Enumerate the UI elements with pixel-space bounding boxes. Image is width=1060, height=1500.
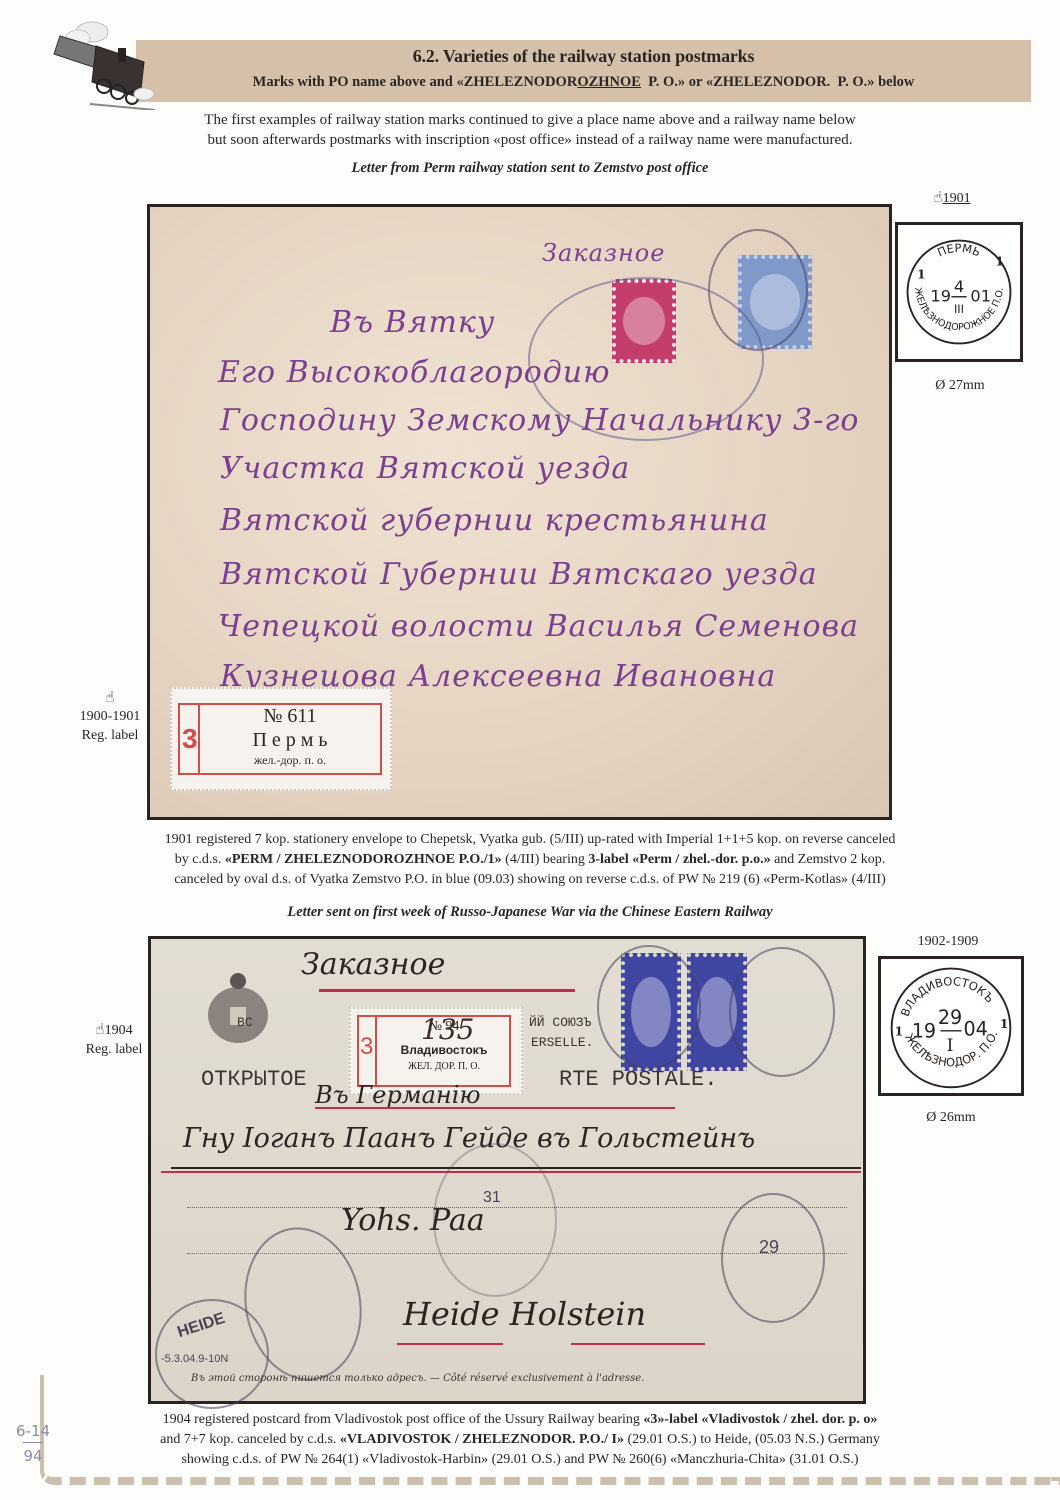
caption-bold: «3»-label «Vladivostok / zhel. dor. p. o… [643,1412,877,1427]
address-line: Вятской губернии крестьянина [220,503,769,538]
underline-red [571,1343,705,1345]
vladivostok-cds-cancel-2 [729,947,835,1077]
postmark-year-note-1: ☝1901 [912,188,992,208]
reg-label-year: 1904 [105,1023,133,1038]
postmark-drawing-vladivostok: ВЛАДИВОСТОКЪ ЖЕЛѢЗНОДОР. П.О. 1 1 19 04 … [878,956,1024,1096]
svg-text:04: 04 [963,1018,987,1041]
svg-text:29: 29 [938,1006,962,1029]
svg-text:I: I [947,1036,954,1056]
underline-red [397,1343,503,1345]
item1-caption: 1901 registered 7 kop. stationery envelo… [80,830,980,890]
postmark-diameter-1: Ø 27mm [905,378,1015,394]
imperial-eagle-icon [203,967,273,1057]
svg-text:1: 1 [1000,1016,1009,1031]
svg-text:1: 1 [917,267,926,282]
caption-line-3: showing c.d.s. of PW № 264(1) «Vladivost… [60,1450,980,1470]
envelope-perm: Заказное Въ Вятку Его Высокоблагородию Г… [147,204,892,820]
side-note-reg-label-1: ☝ 1900-1901 Reg. label [70,688,150,745]
postcard-vladivostok: Заказное ВС ЙЙ СОЮЗЪ ERSELLE. ОТКРЫТОЕ R… [148,936,866,1404]
reg-label-years: 1900-1901 [70,707,150,726]
pencil-page-number: 6-14 94 [16,1420,50,1467]
label-overwrite: 135 [421,1013,474,1046]
vlad-cancel-day: 29 [759,1237,779,1258]
pointing-hand-icon: ☝ [95,1020,104,1038]
caption-bold: «PERM / ZHELEZNODOROZHNOE P.O./1» [225,852,502,867]
svg-text:19: 19 [930,287,951,306]
svg-text:4: 4 [954,277,964,296]
intro-line-1: The first examples of railway station ma… [130,110,930,130]
transit-cancel-day: 31 [483,1189,501,1207]
postmark-years-note-2: 1902-1909 [893,932,1003,951]
postmark-diameter-2: Ø 26mm [896,1110,1006,1126]
handwriting-city: Heide Holstein [403,1295,646,1333]
label-office: ЖЕЛ. ДОР. П. О. [379,1061,509,1072]
address-line: Его Высокоблагородию [218,355,611,390]
address-line: Чепецкой волости Василья Семенова [218,609,859,644]
label-city: Владивостокъ [379,1043,509,1057]
printed-union-left: ВС [237,1015,253,1030]
caption-text: and Zemstvo 2 kop. [771,852,886,867]
label-numeral: 3 [182,723,198,755]
handwriting-to-country: Въ Германію [315,1081,481,1109]
item2-section-title: Letter sent on first week of Russo-Japan… [80,904,980,921]
pointing-hand-icon: ☝ [70,688,150,707]
reg-label-caption: Reg. label [70,726,150,745]
vladivostok-postmark-illustration: ВЛАДИВОСТОКЪ ЖЕЛѢЗНОДОР. П.О. 1 1 19 04 … [881,959,1021,1093]
caption-text: (4/III) bearing [502,852,589,867]
registration-label-perm: 3 № 611 П е р м ь жел.-дор. п. о. [170,687,392,791]
item2-caption: 1904 registered postcard from Vladivosto… [60,1410,980,1470]
caption-line-3: canceled by oval d.s. of Vyatka Zemstvo … [80,870,980,890]
svg-text:01: 01 [970,287,991,306]
printed-union-right: ЙЙ СОЮЗЪ [529,1015,591,1030]
caption-line-2: and 7+7 kop. canceled by c.d.s. «VLADIVO… [60,1430,980,1450]
subtitle-underlined: OZHNOE [577,74,641,90]
address-line: Въ Вятку [330,305,495,340]
underline-red [319,989,575,992]
address-line: Вятской Губернии Вятскаго уезда [220,557,818,592]
label-office: жел.-дор. п. о. [202,753,378,768]
heide-cancel-town: HEIDE [175,1310,227,1342]
caption-text: and 7+7 kop. canceled by c.d.s. [160,1432,340,1447]
postmark-year: 1901 [943,191,971,206]
pencil-number-bottom: 94 [23,1442,42,1467]
vladivostok-cds-cancel-3: 29 [721,1193,825,1323]
caption-text: (29.01 O.S.) to Heide, (05.03 N.S.) Germ… [624,1432,880,1447]
page-title: 6.2. Varieties of the railway station po… [136,46,1031,67]
postmark-drawing-perm: ПЕРМЬ ЖЕЛѢЗНОДОРОЖНОЕ П.О. 1 1 19 01 4 I… [895,222,1023,362]
intro-line-2: but soon afterwards postmarks with inscr… [130,130,930,150]
caption-line-1: 1901 registered 7 kop. stationery envelo… [80,830,980,850]
label-city: П е р м ь [202,729,378,752]
item1-section-title: Letter from Perm railway station sent to… [80,160,980,177]
address-line: Участка Вятской уезда [220,451,630,486]
caption-text: 1904 registered postcard from Vladivosto… [163,1412,644,1427]
subtitle-prefix: Marks with PO name above and «ZHELEZNODO… [253,74,578,90]
side-note-reg-label-2: ☝1904 Reg. label [74,1020,154,1059]
subtitle-suffix: P. O.» or «ZHELEZNODOR. P. O.» below [641,74,914,90]
intro-text: The first examples of railway station ma… [130,110,930,150]
handwriting-registered: Заказное [301,947,445,982]
label-numeral: 3 [360,1033,373,1061]
caption-line-1: 1904 registered postcard from Vladivosto… [60,1410,980,1430]
caption-bold: 3-label «Perm / zhel.-dor. p.o.» [588,852,770,867]
svg-text:III: III [954,302,964,316]
printed-card-title-left: ОТКРЫТОЕ [201,1067,307,1092]
label-number: № 611 [202,705,378,728]
vladivostok-cds-cancel-1 [597,945,701,1069]
handwriting-registered: Заказное [542,239,665,267]
svg-text:1: 1 [995,253,1004,268]
underline-red [315,1107,675,1109]
caption-line-2: by c.d.s. «PERM / ZHELEZNODOROZHNOE P.O.… [80,850,980,870]
caption-bold: «VLADIVOSTOK / ZHELEZNODOR. P.O./ I» [340,1432,624,1447]
perm-postmark-illustration: ПЕРМЬ ЖЕЛѢЗНОДОРОЖНОЕ П.О. 1 1 19 01 4 I… [898,225,1020,359]
address-line: Господину Земскому Начальнику 3-го [220,403,859,438]
reg-label-caption: Reg. label [74,1040,154,1059]
pointing-hand-icon: ☝ [933,188,942,206]
heide-cancel-date: -5.3.04.9-10N [161,1353,228,1365]
svg-text:ПЕРМЬ: ПЕРМЬ [935,241,983,260]
svg-text:1: 1 [895,1024,904,1039]
printed-universelle: ERSELLE. [531,1035,593,1050]
page-subtitle: Marks with PO name above and «ZHELEZNODO… [136,74,1031,91]
svg-text:19: 19 [912,1019,936,1042]
manchuria-chita-cds-cancel: 31 [433,1143,557,1297]
caption-text: by c.d.s. [175,852,225,867]
pencil-number-top: 6-14 [16,1420,50,1442]
